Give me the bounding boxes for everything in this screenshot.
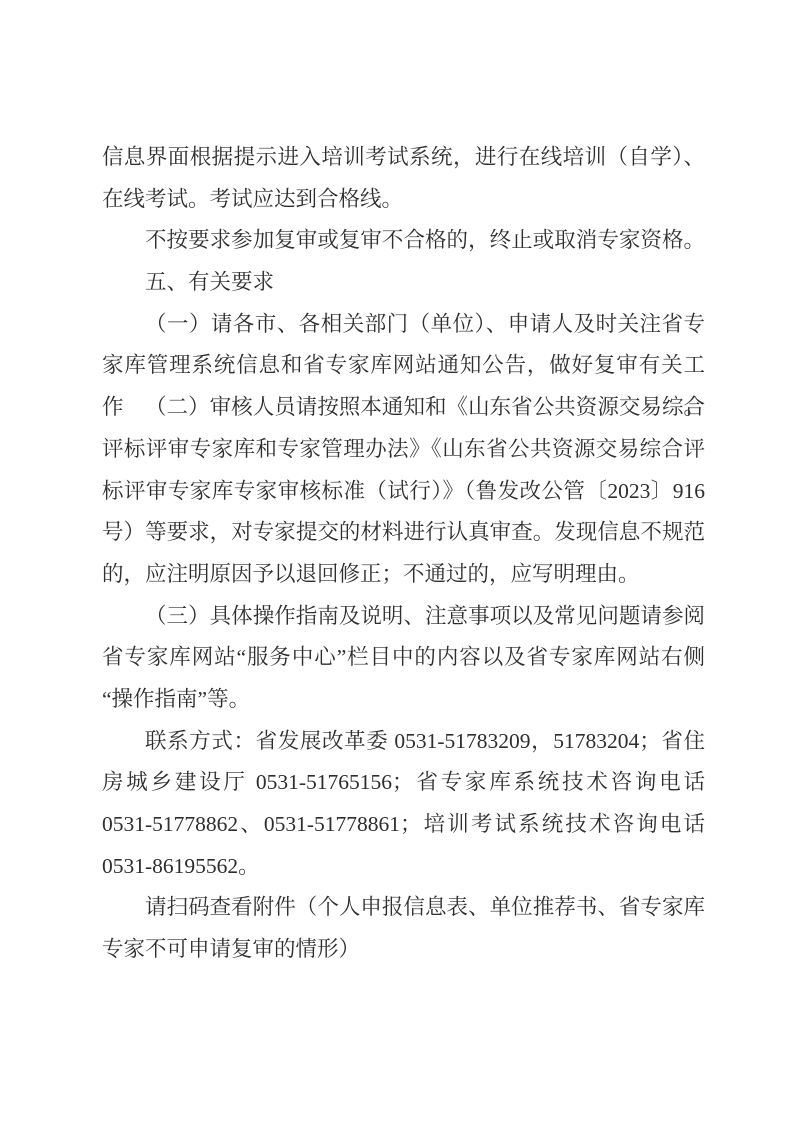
text-line: “操作指南”等。: [102, 679, 705, 721]
text-line: 0531-86195562。: [102, 846, 705, 888]
text-line: 联系方式：省发展改革委 0531-51783209，51783204；省住: [102, 721, 705, 763]
text-line: 请扫码查看附件（个人申报信息表、单位推荐书、省专家库: [102, 887, 705, 929]
text-line: 不按要求参加复审或复审不合格的，终止或取消专家资格。: [102, 220, 705, 262]
text-line: 标评审专家库专家审核标准（试行）》（鲁发改公管〔2023〕916: [102, 471, 705, 513]
text-line: （三）具体操作指南及说明、注意事项以及常见问题请参阅: [102, 596, 705, 638]
text-line: 0531-51778862、0531-51778861；培训考试系统技术咨询电话: [102, 804, 705, 846]
document-page: 信息界面根据提示进入培训考试系统，进行在线培训（自学）、在线考试。考试应达到合格…: [0, 0, 793, 1122]
text-line: （一）请各市、各相关部门（单位）、申请人及时关注省专: [102, 304, 705, 346]
text-line: 房城乡建设厅 0531-51765156；省专家库系统技术咨询电话: [102, 762, 705, 804]
notice-body: 信息界面根据提示进入培训考试系统，进行在线培训（自学）、在线考试。考试应达到合格…: [102, 137, 705, 971]
text-line: 省专家库网站“服务中心”栏目中的内容以及省专家库网站右侧: [102, 637, 705, 679]
text-line: 在线考试。考试应达到合格线。: [102, 179, 705, 221]
text-line: 评标评审专家库和专家管理办法》《山东省公共资源交易综合评: [102, 429, 705, 471]
text-line: （二）审核人员请按照本通知和《山东省公共资源交易综合: [102, 387, 705, 429]
text-line: 的，应注明原因予以退回修正；不通过的，应写明理由。: [102, 554, 705, 596]
text-line: 家库管理系统信息和省专家库网站通知公告，做好复审有关工作。: [102, 345, 705, 387]
text-line: 信息界面根据提示进入培训考试系统，进行在线培训（自学）、: [102, 137, 705, 179]
text-line: 专家不可申请复审的情形）: [102, 929, 705, 971]
text-line: 五、有关要求: [102, 262, 705, 304]
text-line: 号）等要求，对专家提交的材料进行认真审查。发现信息不规范: [102, 512, 705, 554]
